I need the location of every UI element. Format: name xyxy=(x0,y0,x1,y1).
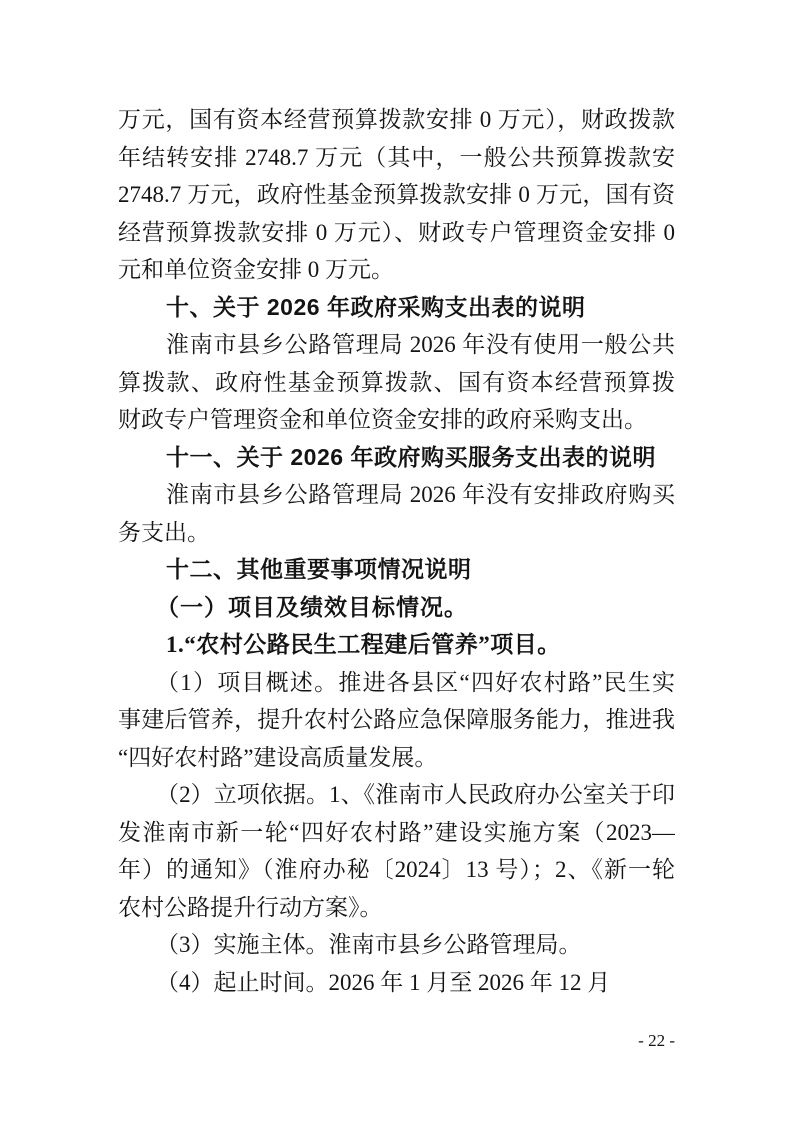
document-page: 万元，国有资本经营预算拨款安排 0 万元），财政拨款上年结转安排 2748.7 … xyxy=(0,0,793,1122)
body-text-line: 发淮南市新一轮“四好农村路”建设实施方案（2023—2027 xyxy=(118,814,675,852)
body-text-line: （4）起止时间。2026 年 1 月至 2026 年 12 月 xyxy=(118,964,675,1002)
body-text-line: 务支出。 xyxy=(118,514,675,552)
item-heading: 1.“农村公路民生工程建后管养”项目。 xyxy=(118,626,675,664)
body-text-line: 事建后管养，提升农村公路应急保障服务能力，推进我市 xyxy=(118,701,675,739)
body-text-line: 算拨款、政府性基金预算拨款、国有资本经营预算拨款、 xyxy=(118,364,675,402)
body-text-line: 农村公路提升行动方案》。 xyxy=(118,889,675,927)
body-text-line: 淮南市县乡公路管理局 2026 年没有安排政府购买服 xyxy=(118,476,675,514)
body-text-line: 年）的通知》（淮府办秘〔2024〕13 号）；2、《新一轮 xyxy=(118,851,675,889)
body-text-line: （1）项目概述。推进各县区“四好农村路”民生实 xyxy=(118,664,675,702)
section-heading: 十二、其他重要事项情况说明 xyxy=(118,551,675,589)
body-text-line: 2748.7 万元，政府性基金预算拨款安排 0 万元，国有资本 xyxy=(118,176,675,214)
page-number: - 22 - xyxy=(118,1030,675,1052)
body-text-line: 淮南市县乡公路管理局 2026 年没有使用一般公共预 xyxy=(118,326,675,364)
body-text-line: 年结转安排 2748.7 万元（其中，一般公共预算拨款安排 xyxy=(118,139,675,177)
body-text-line: “四好农村路”建设高质量发展。 xyxy=(118,739,675,777)
body-text-line: 财政专户管理资金和单位资金安排的政府采购支出。 xyxy=(118,401,675,439)
subsection-heading: （一）项目及绩效目标情况。 xyxy=(118,589,675,627)
body-text-line: 元和单位资金安排 0 万元。 xyxy=(118,251,675,289)
document-body: 万元，国有资本经营预算拨款安排 0 万元），财政拨款上年结转安排 2748.7 … xyxy=(118,101,675,1001)
body-text-line: 万元，国有资本经营预算拨款安排 0 万元），财政拨款上 xyxy=(118,101,675,139)
section-heading: 十、关于 2026 年政府采购支出表的说明 xyxy=(118,289,675,327)
body-text-line: （3）实施主体。淮南市县乡公路管理局。 xyxy=(118,926,675,964)
section-heading: 十一、关于 2026 年政府购买服务支出表的说明 xyxy=(118,439,675,477)
body-text-line: 经营预算拨款安排 0 万元）、财政专户管理资金安排 0 万 xyxy=(118,214,675,252)
body-text-line: （2）立项依据。1、《淮南市人民政府办公室关于印 xyxy=(118,776,675,814)
